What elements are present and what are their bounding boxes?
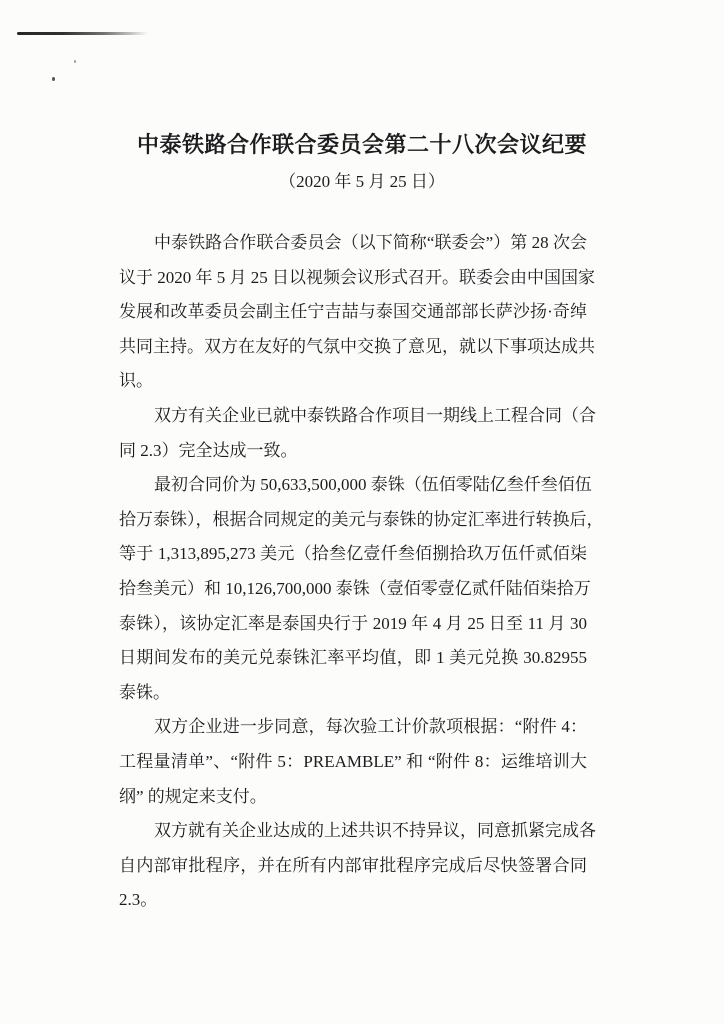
body-line: 议于 2020 年 5 月 25 日以视频会议形式召开。联委会由中国国家 [119,261,587,296]
body-line: 双方就有关企业达成的上述共识不持异议，同意抓紧完成各 [119,814,587,849]
body-line: 双方企业进一步同意，每次验工计价款项根据：“附件 4： [119,710,587,745]
paragraph: 双方企业进一步同意，每次验工计价款项根据：“附件 4： 工程量清单”、“附件 5… [119,710,587,814]
body-line: 最初合同价为 50,633,500,000 泰铢（伍佰零陆亿叁仟叁佰伍 [119,468,587,503]
body-line: 中泰铁路合作联合委员会（以下简称“联委会”）第 28 次会 [119,226,587,261]
document-title: 中泰铁路合作联合委员会第二十八次会议纪要 [0,128,724,159]
paragraph: 双方就有关企业达成的上述共识不持异议，同意抓紧完成各 自内部审批程序，并在所有内… [119,814,587,918]
body-line: 泰铢。 [119,676,587,711]
body-line: 纲” 的规定来支付。 [119,780,587,815]
scan-artifact-bar [17,32,148,35]
body-line: 共同主持。双方在友好的气氛中交换了意见，就以下事项达成共 [119,330,587,365]
body-line: 工程量清单”、“附件 5：PREAMBLE” 和 “附件 8：运维培训大 [119,745,587,780]
body-line: 拾万泰铢），根据合同规定的美元与泰铢的协定汇率进行转换后， [119,503,587,538]
scanned-document-page: 中泰铁路合作联合委员会第二十八次会议纪要 （2020 年 5 月 25 日） 中… [0,0,724,1024]
body-line: 拾叁美元）和 10,126,700,000 泰铢（壹佰零壹亿贰仟陆佰柒拾万 [119,572,587,607]
scan-speck [74,60,76,63]
body-line: 发展和改革委员会副主任宁吉喆与泰国交通部部长萨沙扬·奇绰 [119,295,587,330]
body-line: 等于 1,313,895,273 美元（拾叁亿壹仟叁佰捌拾玖万伍仟贰佰柒 [119,537,587,572]
scan-speck [52,77,55,81]
body-line: 泰铢），该协定汇率是泰国央行于 2019 年 4 月 25 日至 11 月 30 [119,607,587,642]
paragraph: 最初合同价为 50,633,500,000 泰铢（伍佰零陆亿叁仟叁佰伍 拾万泰铢… [119,468,587,710]
body-line: 2.3。 [119,883,587,918]
body-line: 日期间发布的美元兑泰铢汇率平均值，即 1 美元兑换 30.82955 [119,641,587,676]
document-body: 中泰铁路合作联合委员会（以下简称“联委会”）第 28 次会 议于 2020 年 … [119,226,587,918]
paragraph: 中泰铁路合作联合委员会（以下简称“联委会”）第 28 次会 议于 2020 年 … [119,226,587,399]
body-line: 同 2.3）完全达成一致。 [119,434,587,469]
body-line: 识。 [119,364,587,399]
body-line: 双方有关企业已就中泰铁路合作项目一期线上工程合同（合 [119,399,587,434]
body-line: 自内部审批程序，并在所有内部审批程序完成后尽快签署合同 [119,849,587,884]
document-date: （2020 年 5 月 25 日） [0,167,724,192]
paragraph: 双方有关企业已就中泰铁路合作项目一期线上工程合同（合 同 2.3）完全达成一致。 [119,399,587,468]
